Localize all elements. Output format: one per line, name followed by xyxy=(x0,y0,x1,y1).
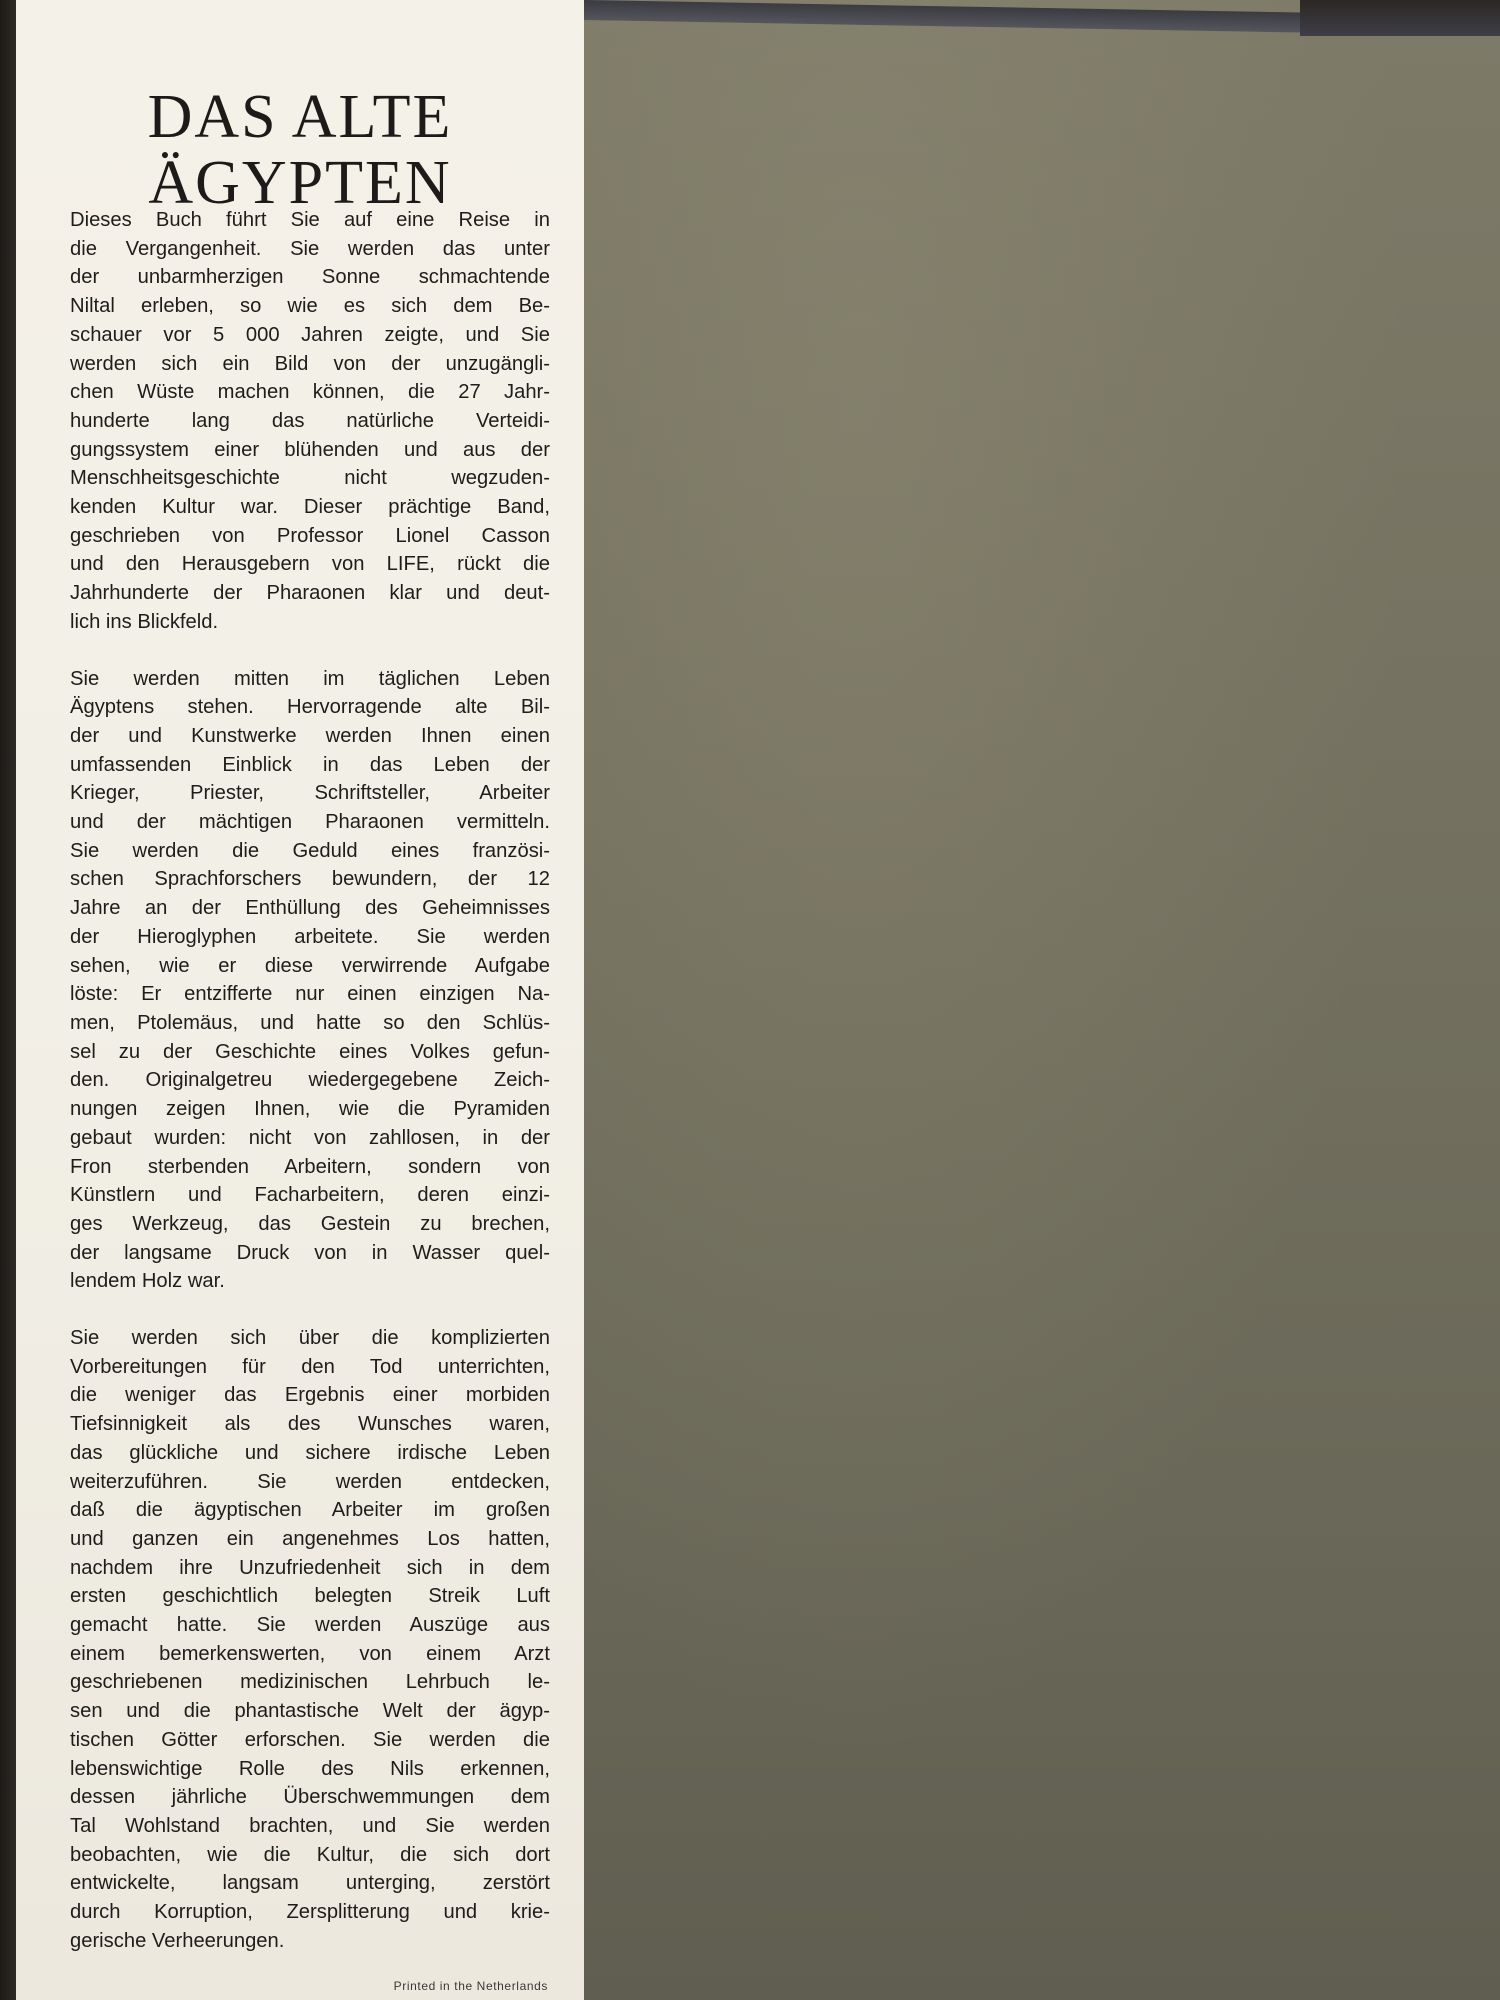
text-line: Sie werden mitten im täglichen Leben xyxy=(70,665,550,694)
paragraph-1: Dieses Buch führt Sie auf eine Reise ind… xyxy=(70,206,550,637)
text-line: Vorbereitungen für den Tod unterrichten, xyxy=(70,1353,550,1382)
text-line: umfassenden Einblick in das Leben der xyxy=(70,751,550,780)
text-line: einem bemerkenswerten, von einem Arzt xyxy=(70,1640,550,1669)
text-line: lebenswichtige Rolle des Nils erkennen, xyxy=(70,1755,550,1784)
text-line: Jahrhunderte der Pharaonen klar und deut… xyxy=(70,579,550,608)
text-line: sel zu der Geschichte eines Volkes gefun… xyxy=(70,1038,550,1067)
book-cover-board xyxy=(584,0,1500,2000)
text-line: Menschheitsgeschichte nicht wegzuden- xyxy=(70,464,550,493)
text-line: nungen zeigen Ihnen, wie die Pyramiden xyxy=(70,1095,550,1124)
text-line: Ägyptens stehen. Hervorragende alte Bil- xyxy=(70,693,550,722)
text-line: Fron sterbenden Arbeitern, sondern von xyxy=(70,1153,550,1182)
flap-body-text: Dieses Buch führt Sie auf eine Reise ind… xyxy=(70,206,550,1983)
text-line: ges Werkzeug, das Gestein zu brechen, xyxy=(70,1210,550,1239)
text-line: gemacht hatte. Sie werden Auszüge aus xyxy=(70,1611,550,1640)
text-line: und ganzen ein angenehmes Los hatten, xyxy=(70,1525,550,1554)
book-title-line-1: DAS ALTE xyxy=(16,84,584,150)
text-line: sehen, wie er diese verwirrende Aufgabe xyxy=(70,952,550,981)
text-line: und den Herausgebern von LIFE, rückt die xyxy=(70,550,550,579)
text-line: gerische Verheerungen. xyxy=(70,1927,550,1956)
text-line: lendem Holz war. xyxy=(70,1267,550,1296)
text-line: Künstlern und Facharbeitern, deren einzi… xyxy=(70,1181,550,1210)
paragraph-2: Sie werden mitten im täglichen LebenÄgyp… xyxy=(70,665,550,1296)
text-line: durch Korruption, Zersplitterung und kri… xyxy=(70,1898,550,1927)
text-line: nachdem ihre Unzufriedenheit sich in dem xyxy=(70,1554,550,1583)
text-line: Sie werden sich über die komplizierten xyxy=(70,1324,550,1353)
text-line: Jahre an der Enthüllung des Geheimnisses xyxy=(70,894,550,923)
text-line: gebaut wurden: nicht von zahllosen, in d… xyxy=(70,1124,550,1153)
text-line: Sie werden die Geduld eines französi- xyxy=(70,837,550,866)
text-line: Tiefsinnigkeit als des Wunsches waren, xyxy=(70,1410,550,1439)
text-line: löste: Er entzifferte nur einen einzigen… xyxy=(70,980,550,1009)
text-line: lich ins Blickfeld. xyxy=(70,608,550,637)
text-line: das glückliche und sichere irdische Lebe… xyxy=(70,1439,550,1468)
text-line: und der mächtigen Pharaonen vermitteln. xyxy=(70,808,550,837)
text-line: geschriebenen medizinischen Lehrbuch le- xyxy=(70,1668,550,1697)
book-title: DAS ALTE ÄGYPTEN xyxy=(16,84,584,216)
text-line: Dieses Buch führt Sie auf eine Reise in xyxy=(70,206,550,235)
text-line: Tal Wohlstand brachten, und Sie werden xyxy=(70,1812,550,1841)
text-line: hunderte lang das natürliche Verteidi- xyxy=(70,407,550,436)
book-board-corner xyxy=(1300,0,1500,36)
text-line: schen Sprachforschers bewundern, der 12 xyxy=(70,865,550,894)
text-line: ersten geschichtlich belegten Streik Luf… xyxy=(70,1582,550,1611)
text-line: daß die ägyptischen Arbeiter im großen xyxy=(70,1496,550,1525)
text-line: schauer vor 5 000 Jahren zeigte, und Sie xyxy=(70,321,550,350)
text-line: geschrieben von Professor Lionel Casson xyxy=(70,522,550,551)
text-line: Krieger, Priester, Schriftsteller, Arbei… xyxy=(70,779,550,808)
text-line: den. Originalgetreu wiedergegebene Zeich… xyxy=(70,1066,550,1095)
text-line: die weniger das Ergebnis einer morbiden xyxy=(70,1381,550,1410)
book-spine-edge xyxy=(0,0,16,2000)
text-line: der Hieroglyphen arbeitete. Sie werden xyxy=(70,923,550,952)
text-line: entwickelte, langsam unterging, zerstört xyxy=(70,1869,550,1898)
paragraph-3: Sie werden sich über die kompliziertenVo… xyxy=(70,1324,550,1955)
text-line: Niltal erleben, so wie es sich dem Be- xyxy=(70,292,550,321)
text-line: dessen jährliche Überschwemmungen dem xyxy=(70,1783,550,1812)
text-line: sen und die phantastische Welt der ägyp- xyxy=(70,1697,550,1726)
text-line: die Vergangenheit. Sie werden das unter xyxy=(70,235,550,264)
text-line: kenden Kultur war. Dieser prächtige Band… xyxy=(70,493,550,522)
text-line: werden sich ein Bild von der unzugängli- xyxy=(70,350,550,379)
text-line: chen Wüste machen können, die 27 Jahr- xyxy=(70,378,550,407)
text-line: der unbarmherzigen Sonne schmachtende xyxy=(70,263,550,292)
text-line: der und Kunstwerke werden Ihnen einen xyxy=(70,722,550,751)
text-line: men, Ptolemäus, und hatte so den Schlüs- xyxy=(70,1009,550,1038)
printed-in-imprint: Printed in the Netherlands xyxy=(300,1979,548,1993)
text-line: beobachten, wie die Kultur, die sich dor… xyxy=(70,1841,550,1870)
text-line: weiterzuführen. Sie werden entdecken, xyxy=(70,1468,550,1497)
text-line: der langsame Druck von in Wasser quel- xyxy=(70,1239,550,1268)
text-line: gungssystem einer blühenden und aus der xyxy=(70,436,550,465)
text-line: tischen Götter erforschen. Sie werden di… xyxy=(70,1726,550,1755)
